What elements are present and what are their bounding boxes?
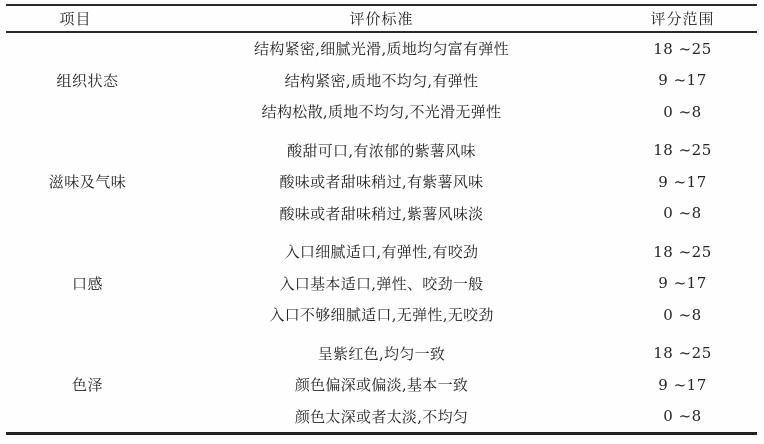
criteria-cell: 入口细腻适口,有弹性,有咬劲 — [169, 241, 594, 262]
score-range-cell: 9 ~17 — [594, 71, 757, 89]
score-range-cell: 0 ~8 — [594, 407, 757, 425]
score-range-cell: 18 ~25 — [594, 40, 757, 58]
table-group-organization: 组织状态 结构紧密,细腻光滑,质地均匀富有弹性 18 ~25 结构紧密,质地不均… — [6, 33, 757, 128]
group-rows: 结构紧密,细腻光滑,质地均匀富有弹性 18 ~25 结构紧密,质地不均匀,有弹性… — [169, 33, 757, 128]
item-cell: 组织状态 — [6, 33, 169, 128]
table-header-row: 项目 评价标准 评分范围 — [6, 4, 757, 33]
evaluation-criteria-table: 项目 评价标准 评分范围 组织状态 结构紧密,细腻光滑,质地均匀富有弹性 18 … — [6, 4, 757, 435]
score-range-cell: 0 ~8 — [594, 306, 757, 324]
table-row: 酸甜可口,有浓郁的紫薯风味 18 ~25 — [169, 135, 757, 167]
table-row: 结构紧密,质地不均匀,有弹性 9 ~17 — [169, 65, 757, 97]
criteria-cell: 颜色太深或者太淡,不均匀 — [169, 406, 594, 427]
table-row: 颜色偏深或偏淡,基本一致 9 ~17 — [169, 369, 757, 401]
table-group-mouthfeel: 口感 入口细腻适口,有弹性,有咬劲 18 ~25 入口基本适口,弹性、咬劲一般 … — [6, 236, 757, 331]
score-range-cell: 9 ~17 — [594, 173, 757, 191]
table-row: 酸味或者甜味稍过,紫薯风味淡 0 ~8 — [169, 198, 757, 230]
group-rows: 入口细腻适口,有弹性,有咬劲 18 ~25 入口基本适口,弹性、咬劲一般 9 ~… — [169, 236, 757, 331]
table-group-taste-smell: 滋味及气味 酸甜可口,有浓郁的紫薯风味 18 ~25 酸味或者甜味稍过,有紫薯风… — [6, 135, 757, 230]
criteria-cell: 入口基本适口,弹性、咬劲一般 — [169, 273, 594, 294]
table-group-color: 色泽 呈紫红色,均匀一致 18 ~25 颜色偏深或偏淡,基本一致 9 ~17 颜… — [6, 338, 757, 433]
table-row: 颜色太深或者太淡,不均匀 0 ~8 — [169, 401, 757, 433]
column-header-criteria: 评价标准 — [169, 8, 594, 29]
score-range-cell: 9 ~17 — [594, 274, 757, 292]
table-row: 入口细腻适口,有弹性,有咬劲 18 ~25 — [169, 236, 757, 268]
table-row: 结构紧密,细腻光滑,质地均匀富有弹性 18 ~25 — [169, 33, 757, 65]
score-range-cell: 18 ~25 — [594, 344, 757, 362]
item-cell: 色泽 — [6, 338, 169, 433]
column-header-score-range: 评分范围 — [594, 8, 757, 29]
criteria-cell: 结构松散,质地不均匀,不光滑无弹性 — [169, 101, 594, 122]
table-row: 入口基本适口,弹性、咬劲一般 9 ~17 — [169, 268, 757, 300]
item-cell: 滋味及气味 — [6, 135, 169, 230]
criteria-cell: 入口不够细腻适口,无弹性,无咬劲 — [169, 304, 594, 325]
criteria-cell: 酸味或者甜味稍过,紫薯风味淡 — [169, 203, 594, 224]
table-body: 组织状态 结构紧密,细腻光滑,质地均匀富有弹性 18 ~25 结构紧密,质地不均… — [6, 33, 757, 435]
criteria-cell: 呈紫红色,均匀一致 — [169, 343, 594, 364]
table-row: 酸味或者甜味稍过,有紫薯风味 9 ~17 — [169, 166, 757, 198]
score-range-cell: 18 ~25 — [594, 141, 757, 159]
column-header-item: 项目 — [6, 8, 169, 29]
score-range-cell: 9 ~17 — [594, 376, 757, 394]
score-range-cell: 18 ~25 — [594, 243, 757, 261]
criteria-cell: 颜色偏深或偏淡,基本一致 — [169, 374, 594, 395]
table-row: 入口不够细腻适口,无弹性,无咬劲 0 ~8 — [169, 299, 757, 331]
group-rows: 酸甜可口,有浓郁的紫薯风味 18 ~25 酸味或者甜味稍过,有紫薯风味 9 ~1… — [169, 135, 757, 230]
table-row: 呈紫红色,均匀一致 18 ~25 — [169, 338, 757, 370]
group-rows: 呈紫红色,均匀一致 18 ~25 颜色偏深或偏淡,基本一致 9 ~17 颜色太深… — [169, 338, 757, 433]
score-range-cell: 0 ~8 — [594, 204, 757, 222]
score-range-cell: 0 ~8 — [594, 103, 757, 121]
criteria-cell: 酸味或者甜味稍过,有紫薯风味 — [169, 171, 594, 192]
criteria-cell: 酸甜可口,有浓郁的紫薯风味 — [169, 140, 594, 161]
table-row: 结构松散,质地不均匀,不光滑无弹性 0 ~8 — [169, 96, 757, 128]
criteria-cell: 结构紧密,质地不均匀,有弹性 — [169, 70, 594, 91]
criteria-cell: 结构紧密,细腻光滑,质地均匀富有弹性 — [169, 38, 594, 59]
item-cell: 口感 — [6, 236, 169, 331]
